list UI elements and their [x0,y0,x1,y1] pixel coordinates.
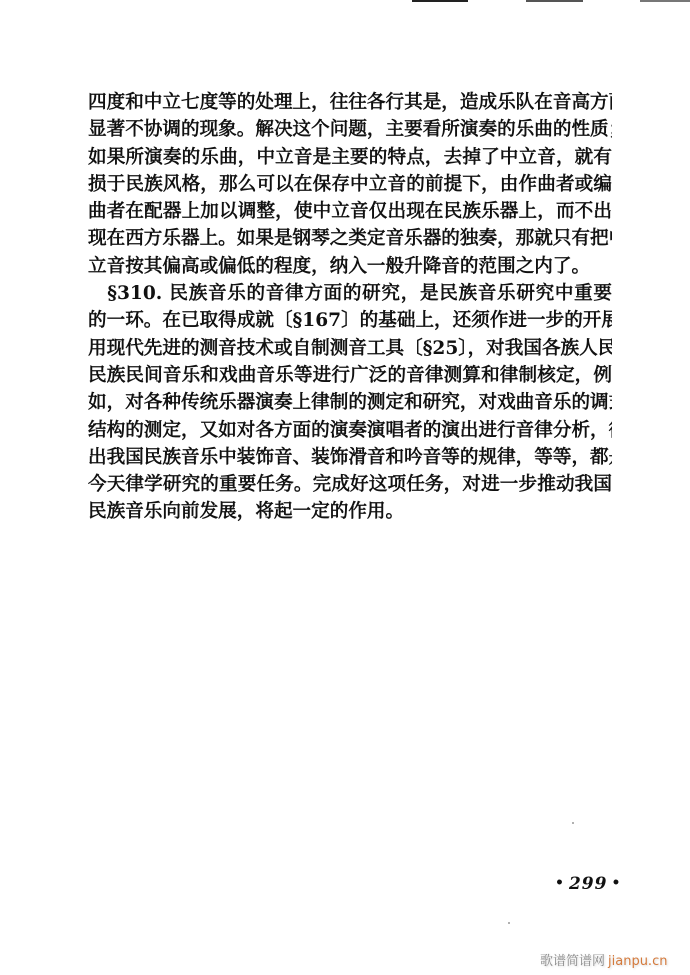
crop-mark-left [412,0,468,2]
text-line: 如，对各种传统乐器演奏上律制的测定和研究，对戏曲音乐的调式 [88,389,612,416]
crop-mark-right [640,0,690,2]
text-line: 用现代先进的测音技术或自制测音工具〔§25〕，对我国各族人民的 [88,335,612,362]
paragraph-2-section-310: §310. 民族音乐的音律方面的研究，是民族音乐研究中重要 的一环。在已取得成就… [88,280,612,526]
text-line: 立音按其偏高或偏低的程度，纳入一般升降音的范围之内了。 [88,253,612,280]
text-line: 如果所演奏的乐曲，中立音是主要的特点，去掉了中立音，就有 [88,144,612,171]
paragraph-1: 四度和中立七度等的处理上，往往各行其是，造成乐队在音高方面 显著不协调的现象。解… [88,89,612,280]
text-line: 民族民间音乐和戏曲音乐等进行广泛的音律测算和律制核定，例 [88,362,612,389]
text-line: 今天律学研究的重要任务。完成好这项任务，对进一步推动我国 [88,471,612,498]
page-number-dot-right: • [611,875,621,891]
watermark-domain: jianpu.cn [608,954,667,969]
text-line: 四度和中立七度等的处理上，往往各行其是，造成乐队在音高方面 [88,89,612,116]
page-number-dot-left: • [555,875,565,891]
text-line: 的一环。在已取得成就〔§167〕的基础上，还须作进一步的开展。利 [88,307,612,334]
text-line-section-heading: §310. 民族音乐的音律方面的研究，是民族音乐研究中重要 [88,280,612,307]
watermark: 歌谱简谱网jianpu.cn [540,950,667,969]
page-number-value: 299 [569,874,608,894]
crop-mark-middle [526,0,583,2]
text-line: 显著不协调的现象。解决这个问题，主要看所演奏的乐曲的性质； [88,116,612,143]
text-line: 出我国民族音乐中装饰音、装饰滑音和吟音等的规律，等等，都是 [88,444,612,471]
scan-speck [508,922,510,924]
text-line: 曲者在配器上加以调整，使中立音仅出现在民族乐器上，而不出 [88,198,612,225]
text-line: 民族音乐向前发展，将起一定的作用。 [88,498,612,525]
page-body: 四度和中立七度等的处理上，往往各行其是，造成乐队在音高方面 显著不协调的现象。解… [88,89,612,526]
watermark-chinese: 歌谱简谱网 [540,954,605,969]
scan-speck [572,822,574,824]
page-number: •299• [551,874,625,894]
text-line: 结构的测定，又如对各方面的演奏演唱者的演出进行音律分析，得 [88,417,612,444]
text-line: 损于民族风格，那么可以在保存中立音的前提下，由作曲者或编 [88,171,612,198]
text-line: 现在西方乐器上。如果是钢琴之类定音乐器的独奏，那就只有把中 [88,225,612,252]
